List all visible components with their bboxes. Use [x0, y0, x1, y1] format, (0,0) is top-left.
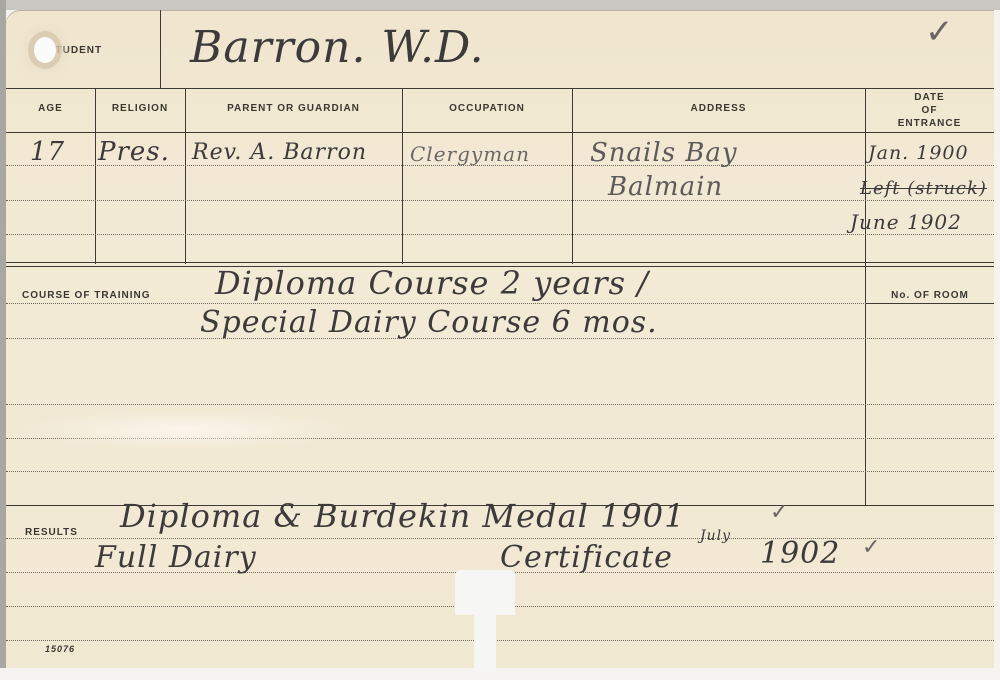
results-year: 1902	[760, 536, 840, 571]
results-check-icon-2: ✓	[862, 535, 880, 560]
student-name: Barron. W.D.	[190, 22, 485, 73]
header-date-line: ENTRANCE	[865, 117, 994, 130]
col-divider	[572, 88, 573, 264]
header-age: AGE	[6, 103, 95, 114]
header-date-line: DATE	[865, 91, 994, 104]
col-divider	[402, 88, 403, 264]
course-line1: Diploma Course 2 years /	[215, 264, 649, 302]
verified-check-icon: ✓	[925, 12, 954, 52]
course-line2: Special Dairy Course 6 mos.	[200, 305, 658, 340]
parent-value: Rev. A. Barron	[192, 140, 367, 165]
header-address: ADDRESS	[572, 103, 865, 114]
results-line2-b: Certificate	[500, 540, 673, 575]
table-bottom-line	[6, 262, 994, 263]
col-divider	[95, 88, 96, 264]
results-label: RESULTS	[25, 527, 78, 538]
course-label: COURSE OF TRAINING	[22, 290, 151, 301]
col-divider	[865, 88, 866, 505]
form-number: 15076	[45, 644, 75, 654]
header-parent: PARENT OR GUARDIAN	[185, 103, 402, 114]
punch-hole	[34, 37, 56, 63]
scan-border-top	[0, 0, 1000, 10]
results-line1: Diploma & Burdekin Medal 1901	[120, 497, 685, 535]
dotted-rule	[6, 200, 994, 201]
header-religion: RELIGION	[95, 103, 185, 114]
dotted-rule	[6, 234, 994, 235]
header-date-of-entrance: DATE OF ENTRANCE	[865, 91, 994, 130]
name-divider	[160, 10, 161, 89]
header-bottom-line	[6, 132, 994, 133]
dotted-rule	[6, 471, 994, 472]
occupation-value: Clergyman	[410, 142, 530, 166]
erased-entry	[20, 410, 350, 450]
room-underline	[866, 303, 994, 304]
leaving-date: June 1902	[850, 210, 962, 234]
results-line2-a: Full Dairy	[95, 540, 257, 575]
table-top-line	[6, 88, 994, 89]
header-date-line: OF	[865, 104, 994, 117]
age-value: 17	[30, 137, 65, 167]
col-divider	[185, 88, 186, 264]
room-label: No. OF ROOM	[870, 290, 990, 301]
student-label: STUDENT	[10, 45, 140, 56]
results-insert: July	[700, 528, 731, 544]
card-notch-stem	[474, 612, 496, 672]
left-date-struck: Left (struck)	[860, 178, 987, 199]
results-check-icon: ✓	[770, 500, 788, 525]
header-occupation: OCCUPATION	[402, 103, 572, 114]
card-notch	[455, 570, 515, 615]
address-line1: Snails Bay	[590, 138, 738, 168]
dotted-rule	[6, 538, 994, 539]
entrance-date: Jan. 1900	[868, 142, 969, 164]
dotted-rule	[6, 404, 994, 405]
address-line2: Balmain	[608, 172, 723, 202]
religion-value: Pres.	[98, 137, 170, 167]
dotted-rule	[6, 303, 866, 304]
dotted-rule	[6, 640, 994, 641]
